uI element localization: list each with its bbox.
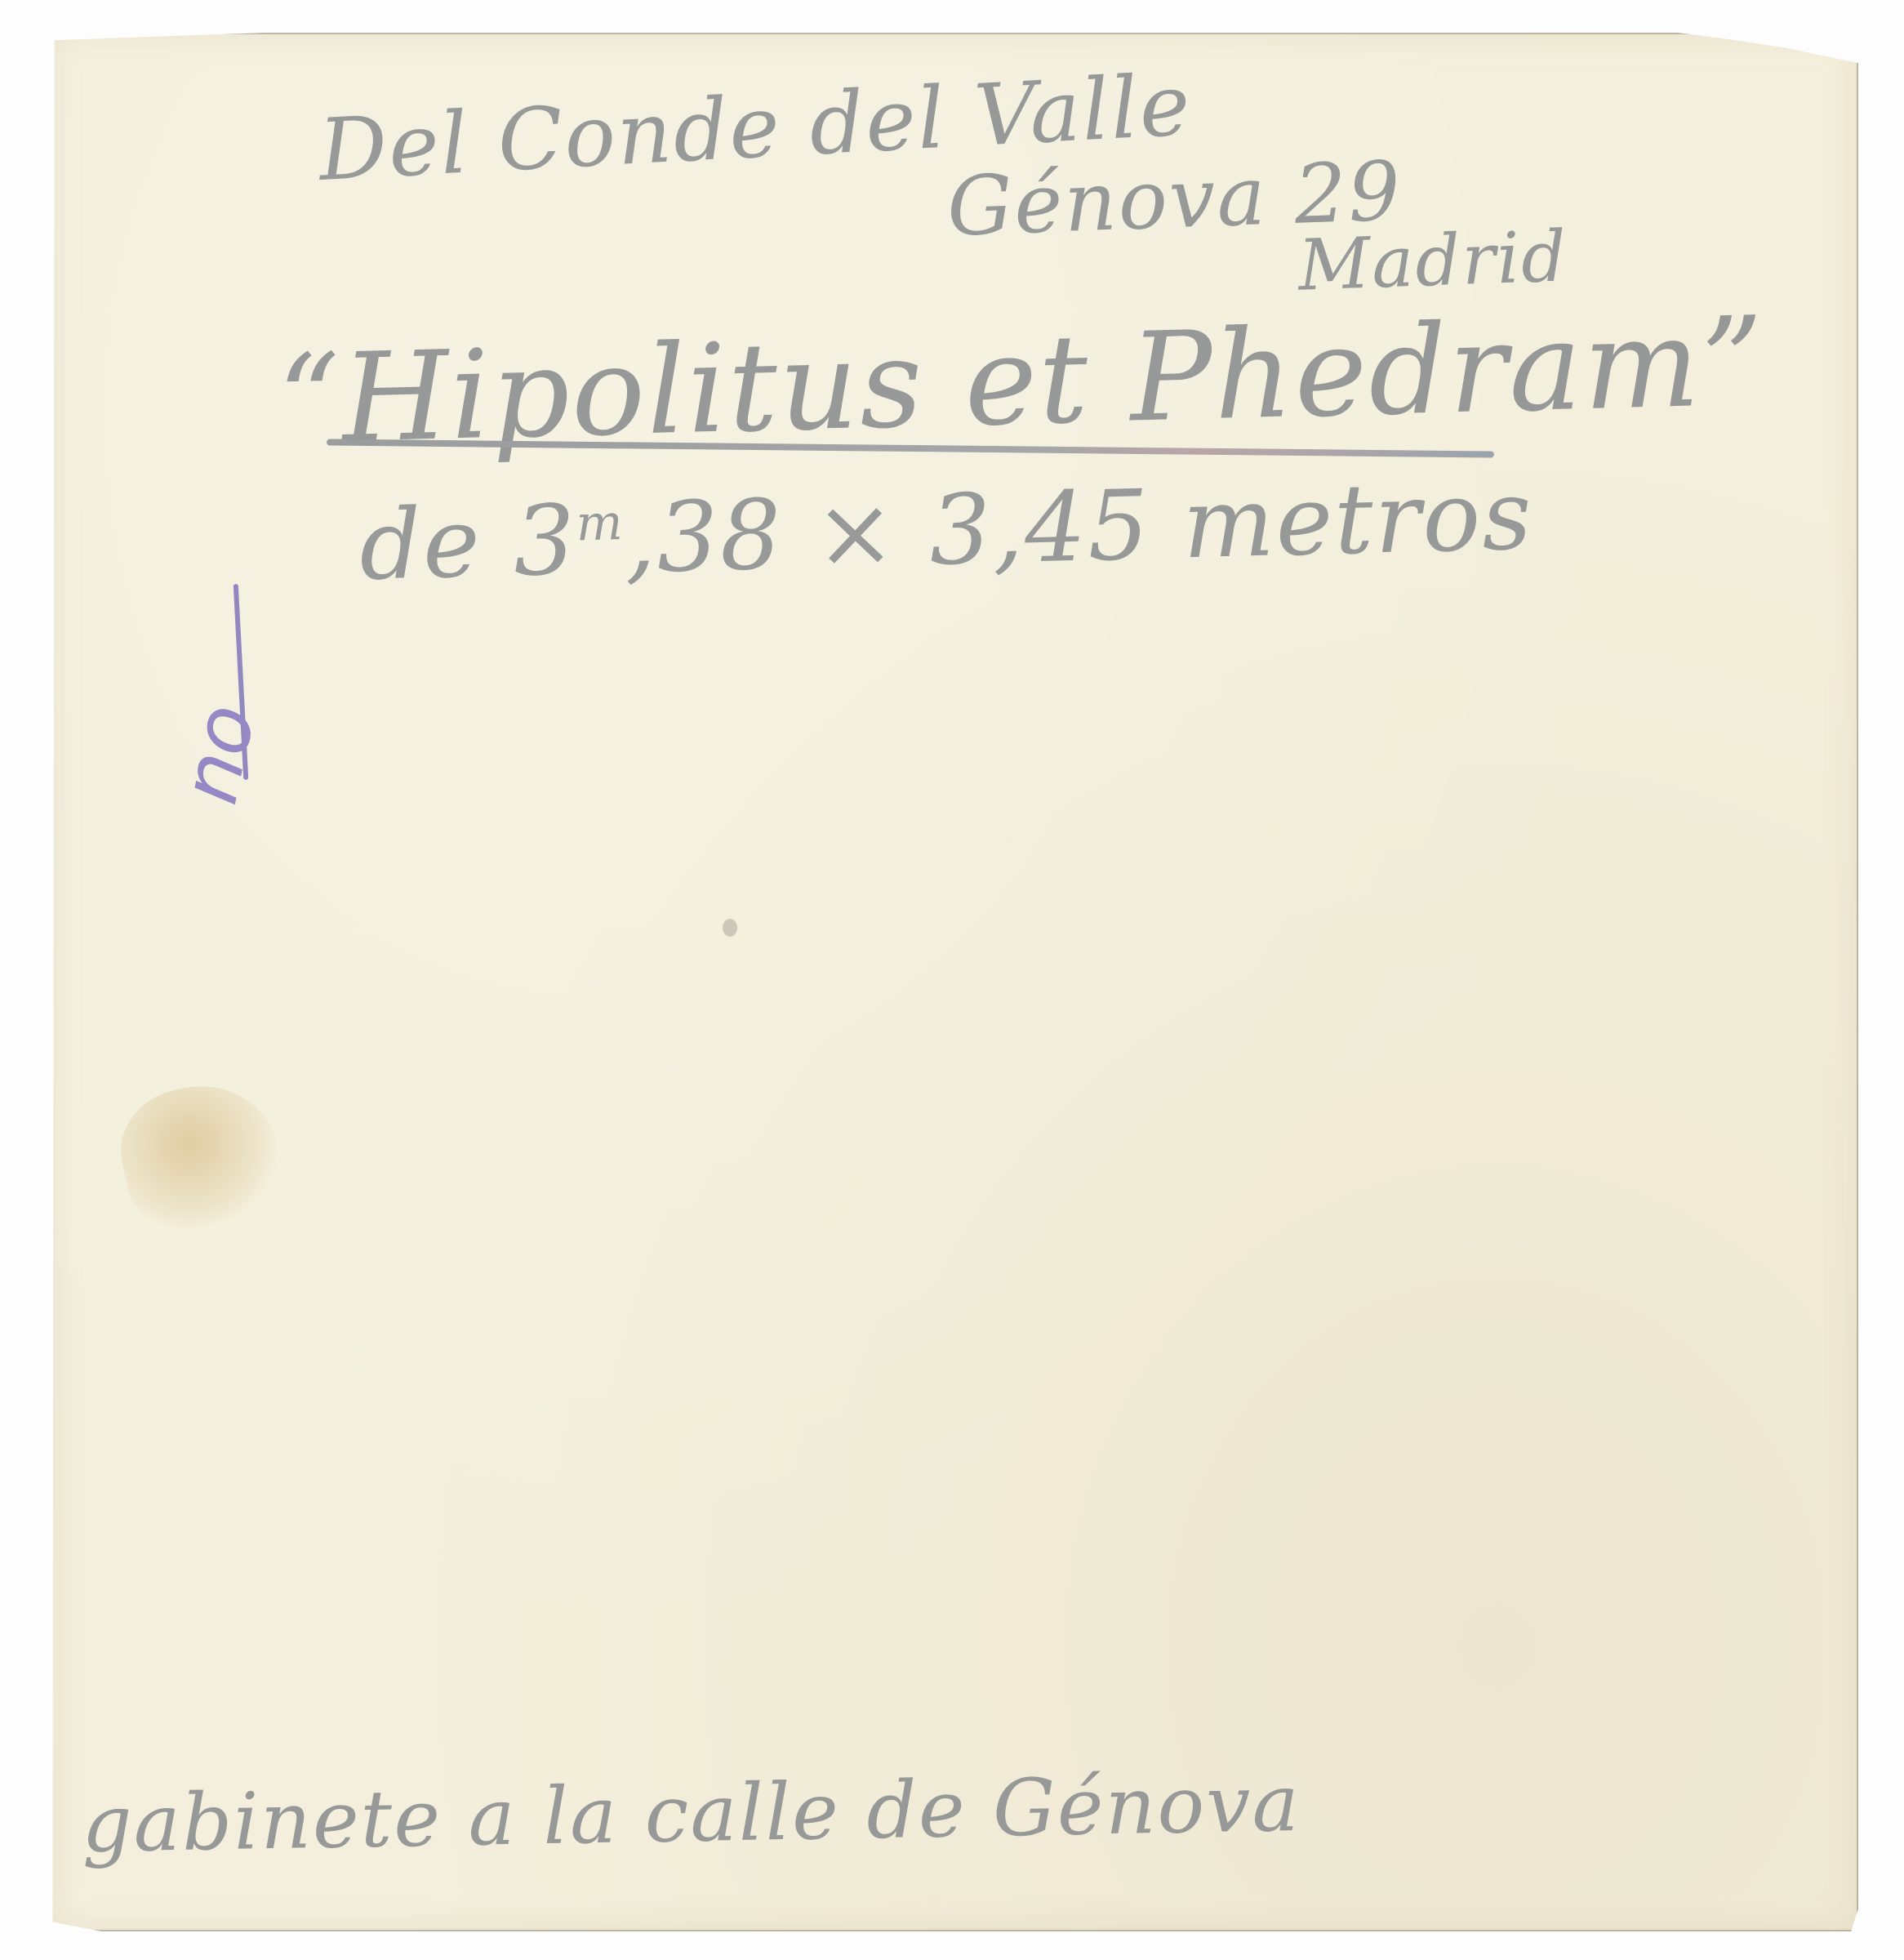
dimensions-unit: m xyxy=(576,494,625,553)
address-city: Madrid xyxy=(1297,216,1568,306)
title-open-quote: “ xyxy=(276,328,344,472)
title-close-quote: ” xyxy=(1699,291,1767,434)
dimensions-prefix: de 3 xyxy=(358,483,577,602)
dimensions-values: ,38 × 3,45 metros xyxy=(623,458,1534,595)
water-stain xyxy=(109,1071,290,1240)
paper-speck xyxy=(723,919,737,937)
